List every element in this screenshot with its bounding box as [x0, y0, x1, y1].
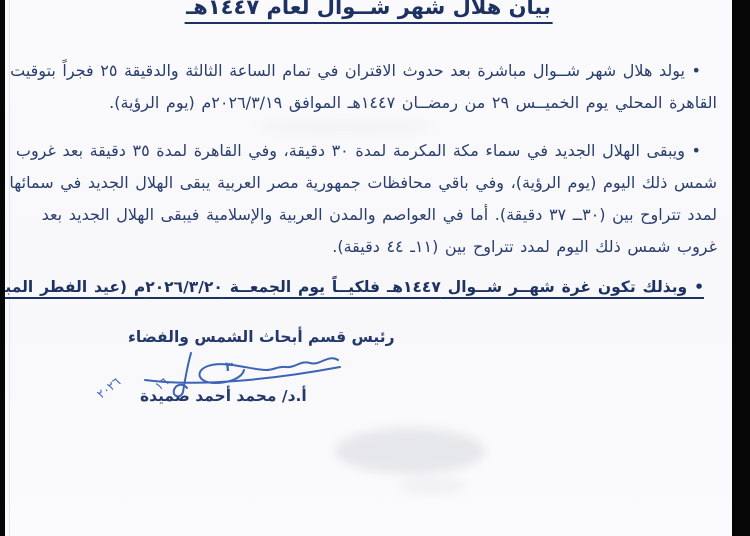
handwritten-month: ٣	[225, 360, 233, 375]
statement-conclusion-line: • وبذلك تكون غرة شهــر شــوال ١٤٤٧هـ فلك…	[0, 275, 704, 299]
scan-border-right	[732, 0, 750, 536]
statement-line: غروب شمس ذلك اليوم لمدد تتراوح بين (١١ـ …	[332, 235, 717, 259]
statement-line: لمدد تتراوح بين (٣٠ــ ٣٧ دقيقة). أما في …	[42, 203, 717, 227]
document-page: بيان هلال شهر شــوال لعام ١٤٤٧هـ • يولد …	[5, 0, 732, 536]
statement-line: • ويبقى الهلال الجديد في سماء مكة المكرم…	[16, 139, 701, 163]
paper-smudge	[335, 428, 485, 474]
document-title: بيان هلال شهر شــوال لعام ١٤٤٧هـ	[184, 0, 553, 24]
statement-line: القاهرة المحلي يوم الخميــس ٢٩ من رمضــا…	[109, 91, 717, 115]
paper-smudge	[255, 121, 435, 133]
paper-smudge	[397, 478, 467, 494]
scan-border-left	[0, 0, 5, 536]
statement-line: شمس ذلك اليوم (يوم الرؤية)، وفي باقي محا…	[9, 171, 717, 195]
signatory-name: أ.د/ محمد أحمد صميدة	[140, 387, 307, 405]
signatory-job-title: رئيس قسم أبحاث الشمس والفضاء	[128, 328, 395, 346]
handwritten-year: ٢٠٢٦	[95, 374, 123, 401]
statement-line: • يولد هلال شهر شــوال مباشرة بعد حدوث ا…	[10, 59, 701, 83]
